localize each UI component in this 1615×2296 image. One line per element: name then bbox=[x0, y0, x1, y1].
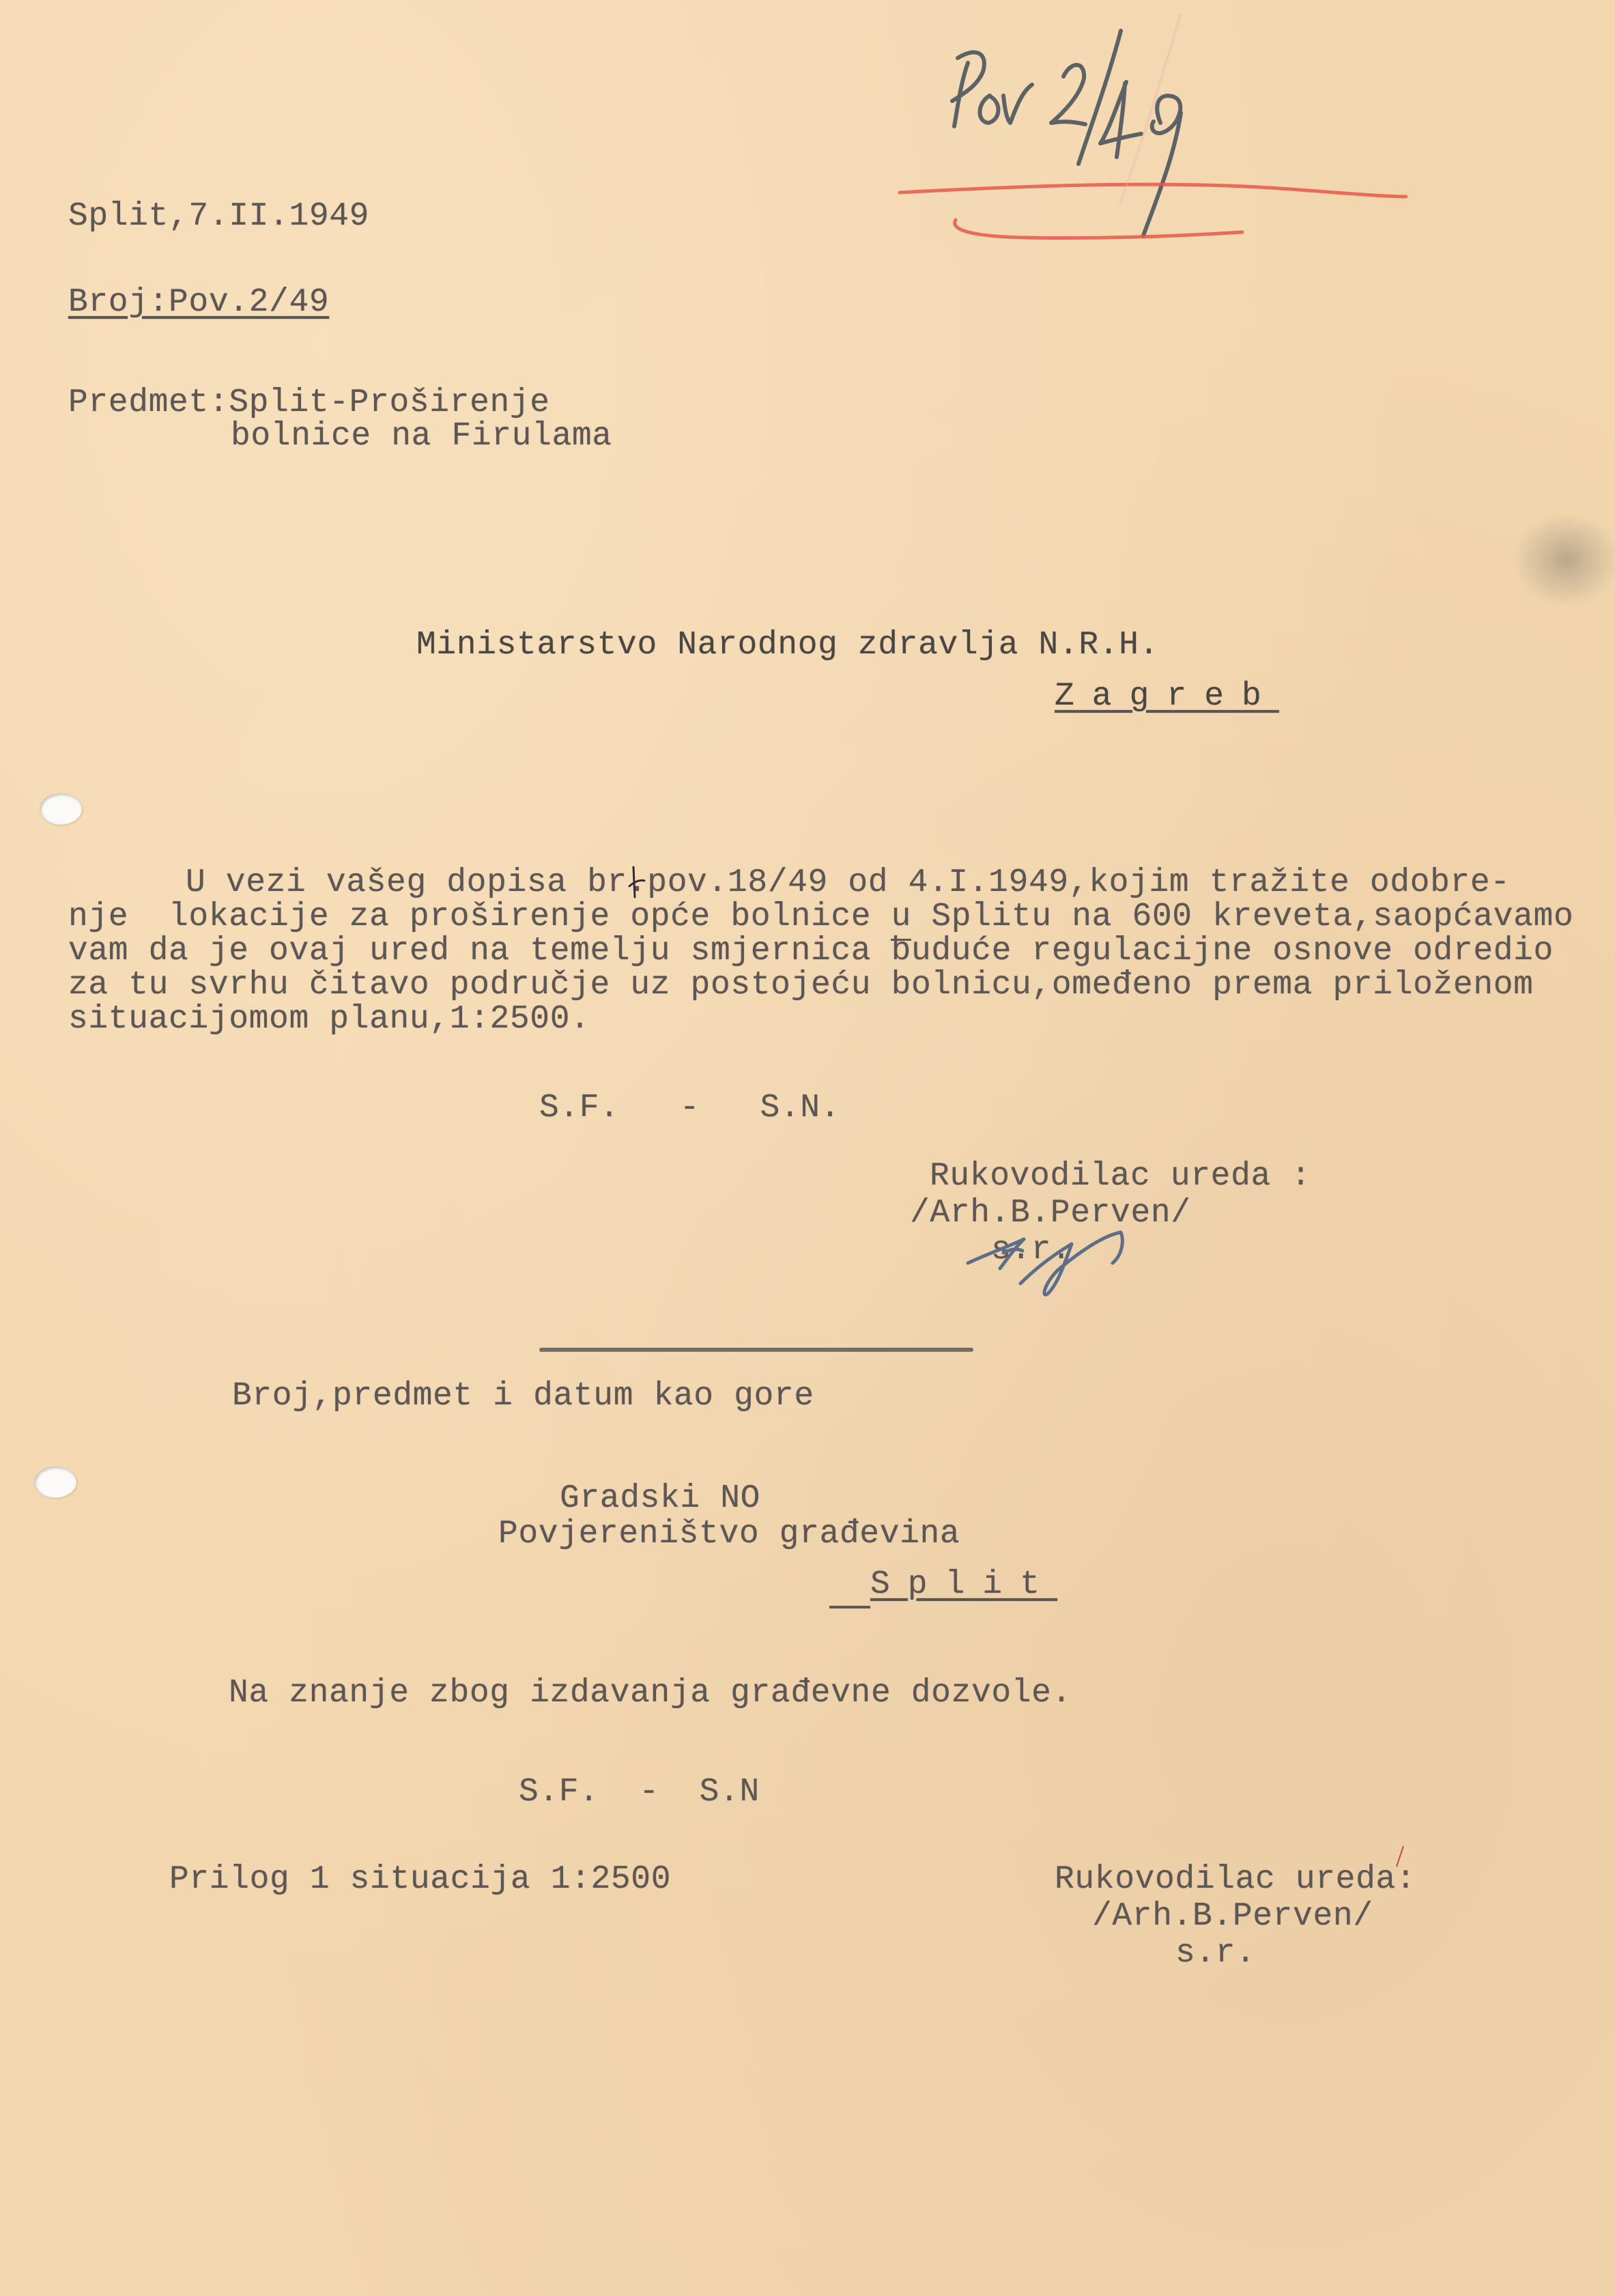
place-date: Split,7.II.1949 bbox=[68, 199, 369, 233]
document-number: Broj:Pov.2/49 bbox=[68, 285, 329, 320]
subject-continuation: bolnice na Firulama bbox=[231, 419, 612, 453]
ink-smudge bbox=[1512, 512, 1615, 608]
body-line-5: situacijomom planu,1:2500. bbox=[68, 1002, 590, 1036]
body-line-2: nje lokacije za proširenje opće bolnice … bbox=[68, 900, 1573, 934]
salutation-2: S.F. - S.N bbox=[519, 1775, 760, 1809]
copy-recipient-line1: Gradski NO bbox=[560, 1482, 760, 1516]
signed-mark-2: s.r. bbox=[1175, 1936, 1256, 1970]
addressee-city: Zagreb bbox=[1055, 679, 1279, 713]
salutation-1: S.F. - S.N. bbox=[539, 1091, 840, 1125]
copy-note: Na znanje zbog izdavanja građevne dozvol… bbox=[229, 1676, 1072, 1710]
signer-title-1: Rukovodilac ureda : bbox=[930, 1159, 1311, 1193]
signer-title-2: Rukovodilac ureda: bbox=[1055, 1862, 1416, 1897]
signer-name-2: /Arh.B.Perven/ bbox=[1092, 1899, 1373, 1933]
punch-hole-bottom bbox=[34, 1466, 76, 1498]
punch-hole-top bbox=[40, 793, 82, 825]
subject-label: Predmet:Split-Proširenje bbox=[68, 386, 550, 420]
body-line-4: za tu svrhu čitavo područje uz postojeću… bbox=[68, 968, 1534, 1002]
section-separator bbox=[539, 1348, 973, 1352]
copy-reference: Broj,predmet i datum kao gore bbox=[232, 1379, 814, 1413]
body-line-1: U vezi vašeg dopisa br.pov.18/49 od 4.I.… bbox=[186, 866, 1511, 900]
signature bbox=[942, 1215, 1147, 1318]
copy-recipient-line2: Povjereništvo građevina bbox=[498, 1517, 960, 1551]
addressee-name: Ministarstvo Narodnog zdravlja N.R.H. bbox=[416, 628, 1159, 662]
beds-underline bbox=[891, 939, 911, 941]
handwritten-reference-mark: Pov 2/49 bbox=[887, 0, 1615, 259]
copy-recipient-city: Split bbox=[870, 1568, 1057, 1602]
attachment-note: Prilog 1 situacija 1:2500 bbox=[169, 1862, 671, 1897]
copy-city-underline-lead bbox=[829, 1606, 870, 1608]
body-line-3: vam da je ovaj ured na temelju smjernica… bbox=[68, 934, 1554, 968]
red-tick-mark bbox=[1392, 1843, 1406, 1871]
correction-mark bbox=[627, 866, 647, 900]
